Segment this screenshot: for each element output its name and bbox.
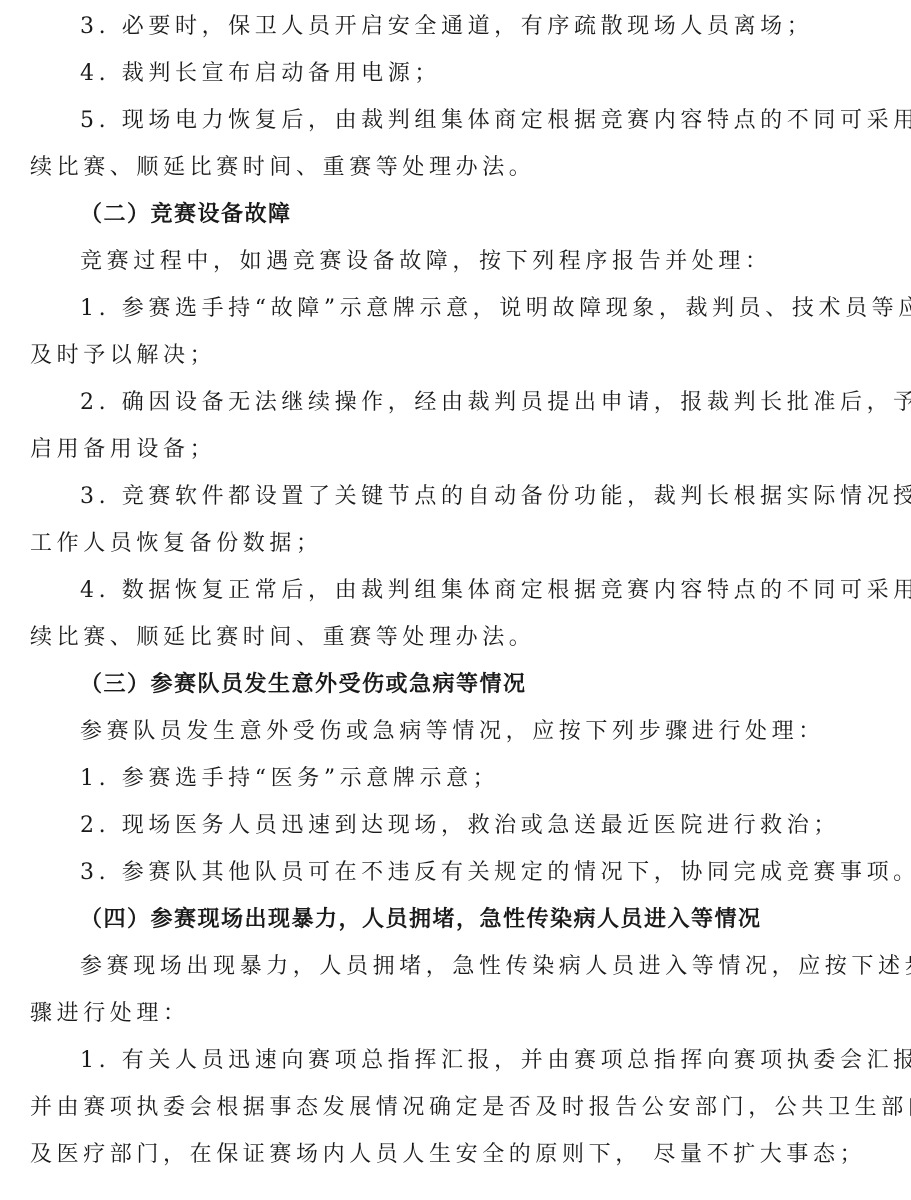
paragraph-line: 骤进行处理： xyxy=(30,999,190,1029)
paragraph-line: 续比赛、顺延比赛时间、重赛等处理办法。 xyxy=(30,153,535,183)
paragraph-line: 启用备用设备； xyxy=(30,435,216,465)
paragraph-line: 工作人员恢复备份数据； xyxy=(30,529,323,559)
paragraph-line: 3. 竞赛软件都设置了关键节点的自动备份功能，裁判长根据实际情况授权 xyxy=(80,482,911,512)
paragraph-line: 3. 参赛队其他队员可在不违反有关规定的情况下，协同完成竞赛事项。 xyxy=(80,858,911,888)
paragraph-line: 1. 参赛选手持“医务”示意牌示意； xyxy=(80,764,499,794)
paragraph-line: 2. 确因设备无法继续操作，经由裁判员提出申请，报裁判长批准后，予以 xyxy=(80,388,911,418)
section-heading: （二）竞赛设备故障 xyxy=(80,200,292,230)
paragraph-line: 及时予以解决； xyxy=(30,341,216,371)
section-heading: （四）参赛现场出现暴力，人员拥堵，急性传染病人员进入等情况 xyxy=(80,905,762,935)
section-heading: （三）参赛队员发生意外受伤或急病等情况 xyxy=(80,670,527,700)
paragraph-line: 1. 有关人员迅速向赛项总指挥汇报，并由赛项总指挥向赛项执委会汇报， xyxy=(80,1046,911,1076)
paragraph-line: 竞赛过程中，如遇竞赛设备故障，按下列程序报告并处理： xyxy=(80,247,772,277)
paragraph-line: 2. 现场医务人员迅速到达现场，救治或急送最近医院进行救治； xyxy=(80,811,840,841)
paragraph-line: 1. 参赛选手持“故障”示意牌示意，说明故障现象，裁判员、技术员等应 xyxy=(80,294,911,324)
paragraph-line: 参赛队员发生意外受伤或急病等情况，应按下列步骤进行处理： xyxy=(80,717,825,747)
paragraph-line: 3. 必要时，保卫人员开启安全通道，有序疏散现场人员离场； xyxy=(80,12,813,42)
paragraph-line: 5. 现场电力恢复后，由裁判组集体商定根据竞赛内容特点的不同可采用继 xyxy=(80,106,911,136)
paragraph-line: 4. 裁判长宣布启动备用电源； xyxy=(80,59,441,89)
paragraph-line: 参赛现场出现暴力，人员拥堵，急性传染病人员进入等情况，应按下述步 xyxy=(80,952,911,982)
paragraph-line: 4. 数据恢复正常后，由裁判组集体商定根据竞赛内容特点的不同可采用继 xyxy=(80,576,911,606)
paragraph-line: 并由赛项执委会根据事态发展情况确定是否及时报告公安部门，公共卫生部门 xyxy=(30,1093,911,1123)
paragraph-line: 及医疗部门，在保证赛场内人员人生安全的原则下， 尽量不扩大事态； xyxy=(30,1140,866,1170)
paragraph-line: 续比赛、顺延比赛时间、重赛等处理办法。 xyxy=(30,623,535,653)
